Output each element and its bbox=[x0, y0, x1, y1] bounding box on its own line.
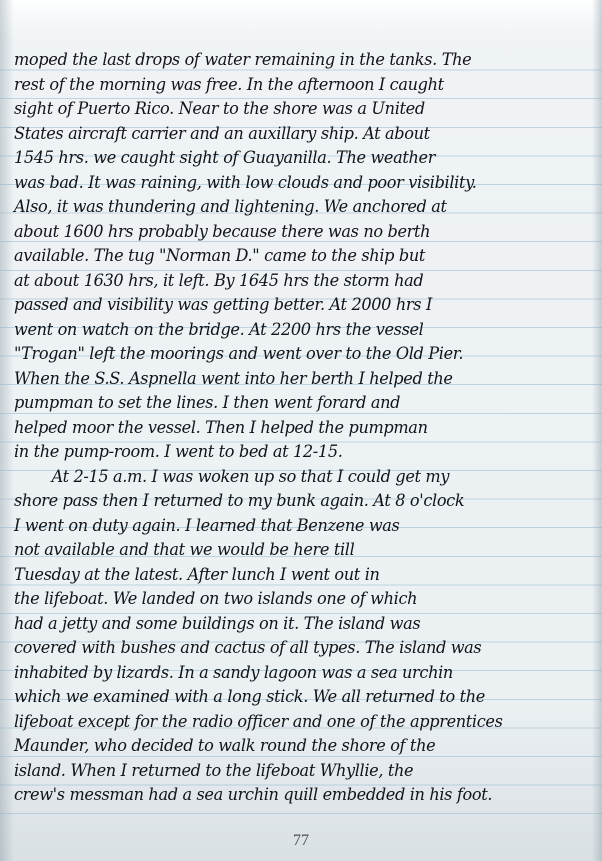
text-line: At 2-15 a.m. I was woken up so that I co… bbox=[14, 465, 594, 490]
text-line: at about 1630 hrs, it left. By 1645 hrs … bbox=[14, 269, 594, 294]
text-line: available. The tug "Norman D." came to t… bbox=[14, 244, 594, 269]
text-line: went on watch on the bridge. At 2200 hrs… bbox=[14, 318, 594, 343]
text-line: Also, it was thundering and lightening. … bbox=[14, 195, 594, 220]
text-line: pumpman to set the lines. I then went fo… bbox=[14, 391, 594, 416]
text-line: had a jetty and some buildings on it. Th… bbox=[14, 612, 594, 637]
text-line: in the pump-room. I went to bed at 12-15… bbox=[14, 440, 594, 465]
text-line: moped the last drops of water remaining … bbox=[14, 48, 594, 73]
text-line: When the S.S. Aspnella went into her ber… bbox=[14, 367, 594, 392]
text-line: 1545 hrs. we caught sight of Guayanilla.… bbox=[14, 146, 594, 171]
text-line: lifeboat except for the radio officer an… bbox=[14, 710, 594, 735]
text-line: passed and visibility was getting better… bbox=[14, 293, 594, 318]
text-line: the lifeboat. We landed on two islands o… bbox=[14, 587, 594, 612]
text-line: shore pass then I returned to my bunk ag… bbox=[14, 489, 594, 514]
text-line: crew's messman had a sea urchin quill em… bbox=[14, 783, 594, 808]
text-line: was bad. It was raining, with low clouds… bbox=[14, 171, 594, 196]
text-line: island. When I returned to the lifeboat … bbox=[14, 759, 594, 784]
text-line: sight of Puerto Rico. Near to the shore … bbox=[14, 97, 594, 122]
text-line: I went on duty again. I learned that Ben… bbox=[14, 514, 594, 539]
text-line: covered with bushes and cactus of all ty… bbox=[14, 636, 594, 661]
text-line: Tuesday at the latest. After lunch I wen… bbox=[14, 563, 594, 588]
journal-page: moped the last drops of water remaining … bbox=[0, 0, 602, 861]
handwritten-text: moped the last drops of water remaining … bbox=[14, 48, 600, 808]
text-line: States aircraft carrier and an auxillary… bbox=[14, 122, 594, 147]
text-line: Maunder, who decided to walk round the s… bbox=[14, 734, 594, 759]
text-line: "Trogan" left the moorings and went over… bbox=[14, 342, 594, 367]
text-line: rest of the morning was free. In the aft… bbox=[14, 73, 594, 98]
text-line: which we examined with a long stick. We … bbox=[14, 685, 594, 710]
text-line: inhabited by lizards. In a sandy lagoon … bbox=[14, 661, 594, 686]
text-line: not available and that we would be here … bbox=[14, 538, 594, 563]
text-line: about 1600 hrs probably because there wa… bbox=[14, 220, 594, 245]
page-number: 77 bbox=[0, 832, 602, 850]
text-line: helped moor the vessel. Then I helped th… bbox=[14, 416, 594, 441]
